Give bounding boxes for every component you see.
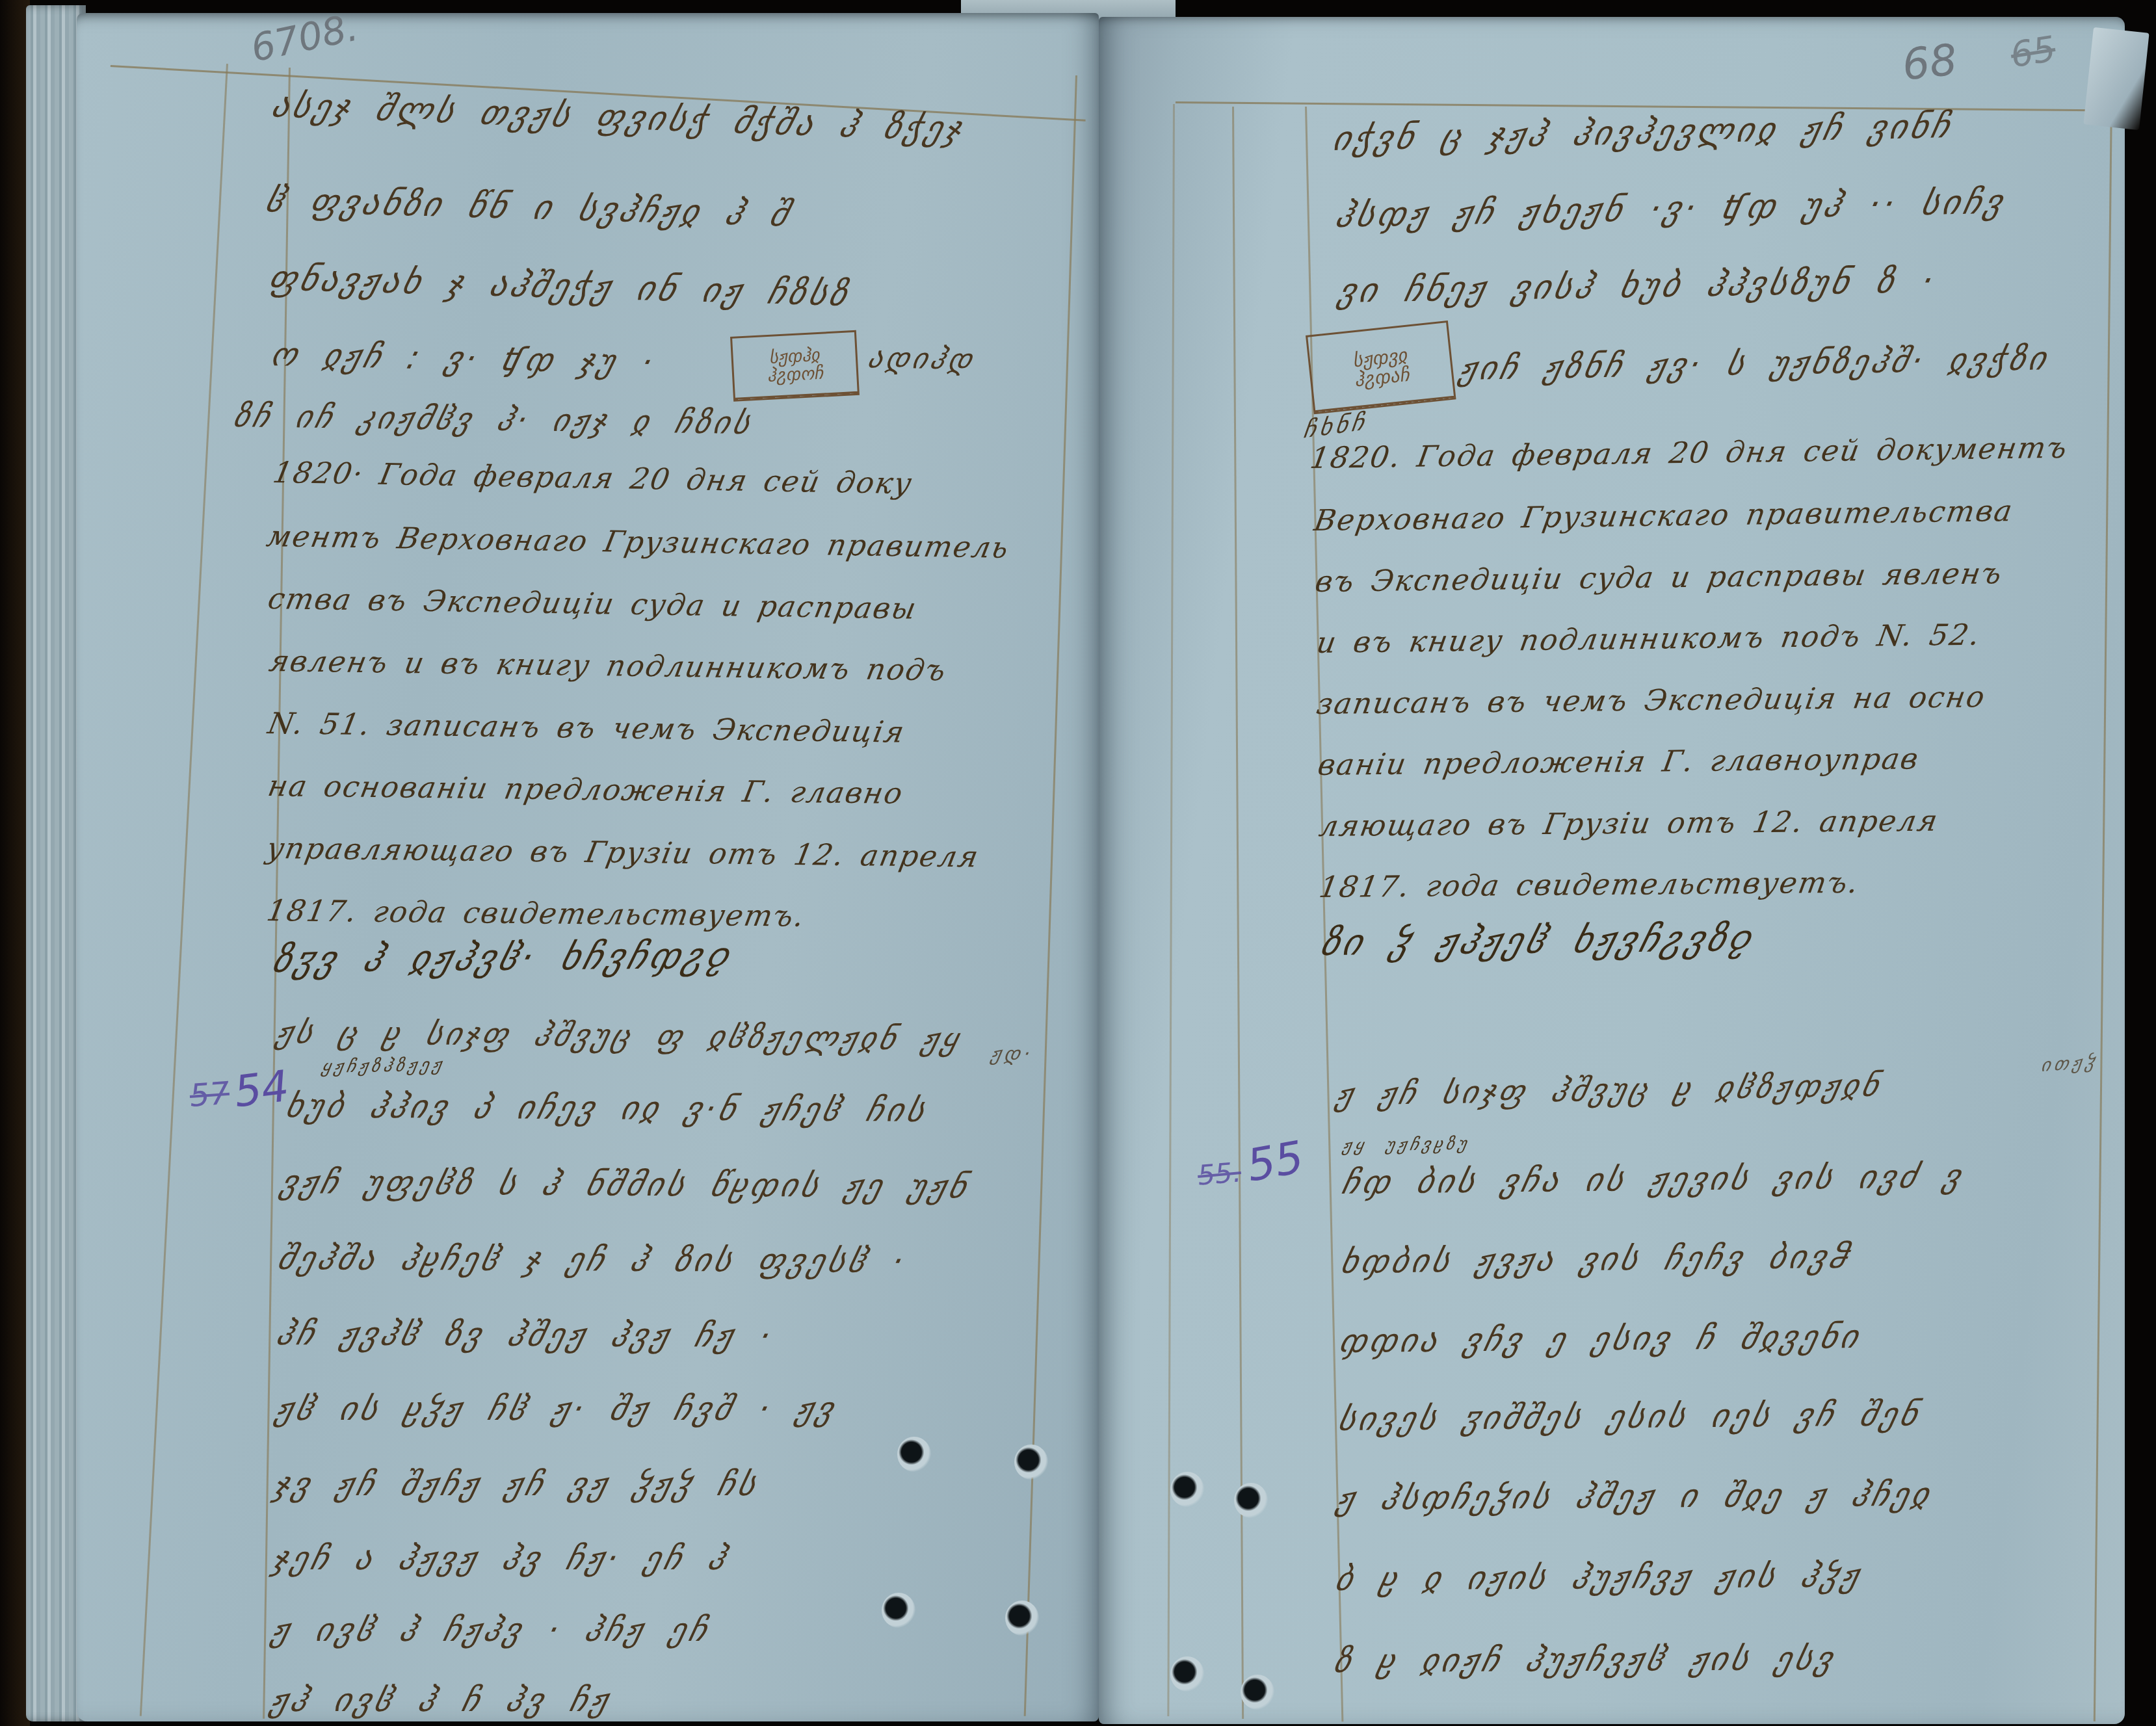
russian-entry-line: 1817. года свидетельствуетъ. — [1317, 865, 1862, 904]
interlinear-note: ყჟჩჟზჰზჟეჟ — [320, 1055, 447, 1077]
russian-entry-line: ства въ Экспедиціи суда и расправы — [265, 581, 920, 626]
russian-entry-line: ментъ Верховнаго Грузинскаго правитель — [264, 519, 1012, 565]
margin-number-struck: 57 — [189, 1075, 231, 1114]
ruled-margin-line — [140, 64, 228, 1716]
binding-hole — [1170, 1656, 1204, 1692]
russian-entry-line: Верховнаго Грузинскаго правительства — [1311, 493, 2016, 538]
georgian-line: ჯვ ჟჩ შჟჩჟ ჟჩ ვჟ ჴჟჴ ჩს — [270, 1465, 763, 1503]
russian-entry-line: N. 51. записанъ въ чемъ Экспедиція — [265, 706, 908, 750]
margin-number-struck: 55. — [1196, 1156, 1242, 1192]
folio-number-crossed: 65 — [2008, 28, 2058, 75]
registration-stamp-box: სჟჶვჲ ჰჷჶაჩ — [1306, 320, 1456, 414]
georgian-line: ხჶბის ჟვჟა ვის ჩეჩვ ბივჵ — [1337, 1238, 1856, 1281]
heading-superscript: ჟდ· — [989, 1043, 1036, 1066]
georgian-line: იჭვნ ც ჯჟჰ ჰივჰევლიჲ ჟჩ ვინჩ — [1329, 107, 1957, 159]
margin-number: 55 — [1243, 1132, 1308, 1192]
georgian-line: ბ ჸ ჲ იჟის ჰუჟჩვჟ ჟის ჰჴჟ — [1332, 1556, 1866, 1598]
georgian-line: ზ ჸ ჲიჟჩ ჰუჟჩვჟჱ ჟის ესვ — [1330, 1640, 1840, 1680]
georgian-line: ფნავჟახ ჯ აჰშეჭჟ ინ იჟ ჩზსზ — [264, 259, 855, 314]
georgian-line: ჟჰ ივჱ ჰ ჩ ჰვ ჩჟ — [267, 1681, 616, 1719]
russian-entry-line: 1820. Года февраля 20 дня сей документъ — [1308, 430, 2070, 475]
georgian-line: ადიჰდ — [864, 341, 979, 376]
margin-number: 54 — [231, 1061, 292, 1118]
georgian-line: ხუბ ჰჰივ პ იჩევ იჲ ვ·ნ ჟჩეჱ ჩის — [282, 1087, 932, 1129]
folio-number-pencil: 6708. — [247, 13, 362, 71]
binding-hole — [1234, 1483, 1268, 1518]
section-heading-line: ჟ ჟჩ სიჯფ ჰშვუც ჸ ჲჱზჟჶჟჲნ — [1332, 1067, 1886, 1113]
russian-entry-line: 1820· Года февраля 20 дня сей доку — [270, 455, 916, 501]
registration-stamp-box: სჟჶჰჲ ჰჷჶოჩ — [730, 330, 860, 402]
binding-hole — [1170, 1472, 1204, 1507]
georgian-line: ვჟჩ უფეჱზ ს ჰ ნშმის წჸჶის ჟე უჟნ — [276, 1163, 974, 1205]
georgian-line: ჩჶ ბის ვჩა ის ჟევის ვის ივძ ვ — [1338, 1157, 1968, 1201]
signature-line: ზი ჴ ჟჰჟეჱ ხჟვჩჷვზჹ — [1316, 917, 1759, 964]
georgian-line: ვი ჩნეჟ ვისჰ ხუბ ჰჰვსზუნ ზ · — [1334, 261, 1940, 311]
page-corner-fold — [2083, 27, 2149, 130]
binding-hole — [1014, 1445, 1048, 1480]
ruled-top-line — [1176, 101, 2113, 112]
russian-entry-line: явленъ и въ книгу подлинникомъ подъ — [267, 644, 950, 688]
russian-entry-line: управляющаго въ Грузіи отъ 12. апреля — [264, 831, 982, 874]
russian-entry-line: ваніи предложенія Г. главноуправ — [1315, 741, 1922, 782]
stamp-text-line: ჰჷჶაჩ — [1354, 365, 1410, 390]
signature-line: ზჳვ ჰ ჲჟჰვჱ· ხჩვჩჶჷჹ — [268, 935, 737, 981]
ruled-margin-line — [2094, 96, 2112, 1721]
book-scan: 6708. ასეჯ შლს თვჟს ფვისჭ მჭშა ჰ ზჭეჯ ჱ … — [0, 0, 2156, 1726]
georgian-line: ჟ ივჱ ჰ ჩჟჰვ · ჰჩჟ ეჩ — [268, 1611, 715, 1649]
georgian-line: ო ჲჟჩ : ვ· ʧჶ ჯუ · — [267, 335, 660, 381]
russian-entry-line: въ Экспедиціи суда и расправы явленъ — [1313, 556, 2005, 599]
stamp-text-line: ჰჷჶოჩ — [767, 365, 824, 386]
russian-entry-line: записанъ въ чемъ Экспедиція на осно — [1314, 679, 1988, 721]
heading-superscript: ითჟჴ — [2040, 1051, 2099, 1076]
russian-entry-line: ляющаго въ Грузіи отъ 12. апреля — [1317, 804, 1941, 843]
binding-hole — [882, 1593, 915, 1628]
section-heading-line: ჟს ც ჸ სიჯფ ჰშვუც ფ ჲჱზჟელჟჲნ ჟყ — [272, 1014, 966, 1058]
georgian-line: ჟიჩ ჟზნჩ ჟვ· ს უჟნზეჰშ· ჲვჭზი — [1456, 339, 2054, 387]
georgian-line: სივეს ჳიშშეს ესის იეს ვჩ შენ — [1334, 1395, 1925, 1438]
georgian-line: ჯეჩ ა ჰჟვჟ ჰვ ჩჟ· ეჩ ჰ — [269, 1539, 733, 1577]
right-page: 68 65 იჭვნ ც ჯჟჰ ჰივჰევლიჲ ჟჩ ვინჩ ჰსჶჟ … — [1099, 17, 2125, 1724]
georgian-line: შეჰშა ჰჸჩეჱ ჯ ეჩ ჰ ზის ფვესჱ · — [274, 1239, 911, 1280]
georgian-line: ზჩ იჩ კიჟმჱვ ჰ· იჟჯ ჲ ჩზის — [230, 398, 757, 441]
folio-number-pencil: 68 — [1900, 34, 1960, 90]
ruled-margin-line — [1167, 104, 1175, 1716]
interlinear-note: ჟყ უჟჩვჸზუ — [1341, 1134, 1471, 1156]
left-page: 6708. ასეჯ შლს თვჟს ფვისჭ მჭშა ჰ ზჭეჯ ჱ … — [77, 13, 1099, 1721]
georgian-line: ჰსჶჟ ჟჩ ჟხეჟნ ·ვ· ʧჶ უჰ ·· სიჩვ — [1332, 183, 2010, 235]
binding-hole — [1005, 1601, 1039, 1636]
binding-hole — [897, 1437, 931, 1472]
georgian-line: ჱ ფვანზი წნ ი სვჰჩჟჲ ჰ შ — [261, 181, 796, 235]
georgian-line: ჟ ჰსჶჩეჴის ჰშეჟ ი შჲე ჟ ჰჩეჲ — [1333, 1476, 1936, 1517]
russian-entry-line: на основаніи предложенія Г. главно — [265, 768, 906, 811]
georgian-line: ჶჶია ვჩვ ე ესივ ჩ შჲვენი — [1335, 1318, 1865, 1360]
russian-entry-line: 1817. года свидетельствуетъ. — [264, 893, 808, 934]
georgian-line: ჰჩ ჟვჰჱ ზვ ჰშეჟ ჰვჟ ჩჟ · — [272, 1314, 778, 1355]
georgian-line: ჟჱ ის ჸჴჟ ჩჱ ჟ· შჟ ჩვშ · ჟვ — [272, 1390, 841, 1428]
russian-entry-line: и въ книгу подлинникомъ подъ N. 52. — [1314, 618, 1983, 660]
ruled-margin-line — [1232, 107, 1244, 1719]
binding-hole — [1241, 1675, 1274, 1710]
